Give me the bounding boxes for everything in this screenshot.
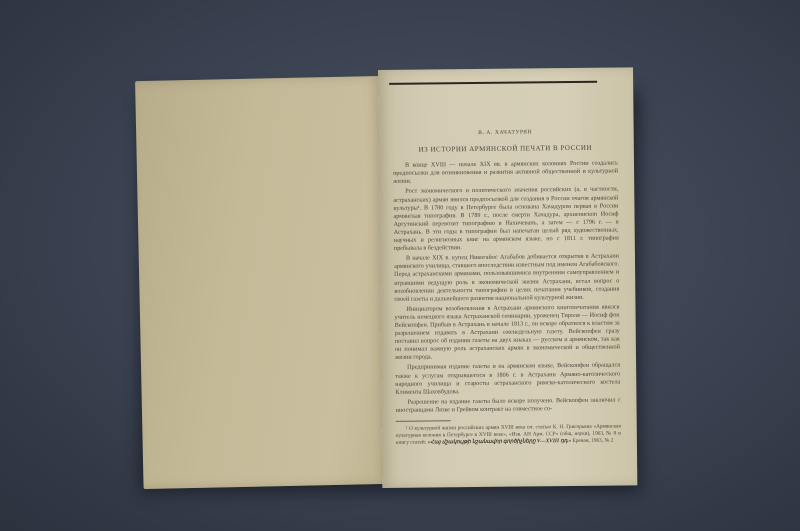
header-rule [389, 81, 597, 85]
right-page: В. А. ХАЧАТУРЯН ИЗ ИСТОРИИ АРМЯНСКОЙ ПЕЧ… [378, 67, 637, 488]
footnote-divider [396, 420, 451, 422]
paragraph: В начале XIX в. купец Никогайос Агабабов… [394, 253, 619, 304]
paragraph: Рост экономического и политического знач… [393, 186, 619, 253]
footnote-armenian-title: «Հայ մշակույթի նշանավոր գործիչները V—XVI… [428, 438, 572, 446]
article-body: В. А. ХАЧАТУРЯН ИЗ ИСТОРИИ АРМЯНСКОЙ ПЕЧ… [393, 127, 621, 446]
paragraph: Инициатором возобновления в Астрахани ар… [394, 303, 620, 362]
paragraph: Предпринимая издание газеты и на армянск… [395, 362, 620, 397]
footnote-tail: Ереван, 1963, № 2 [573, 438, 614, 444]
article-author: В. А. ХАЧАТУРЯН [393, 127, 618, 137]
paragraph: В конце XVIII — начале XIX вв. в армянск… [393, 160, 618, 187]
footnote: ¹ О культурной жизни российских армян XV… [396, 423, 621, 446]
left-page-blank [135, 76, 388, 489]
article-title: ИЗ ИСТОРИИ АРМЯНСКОЙ ПЕЧАТИ В РОССИИ [393, 144, 618, 154]
paragraph: Разрешение на издание газеты было вскоре… [395, 396, 620, 415]
